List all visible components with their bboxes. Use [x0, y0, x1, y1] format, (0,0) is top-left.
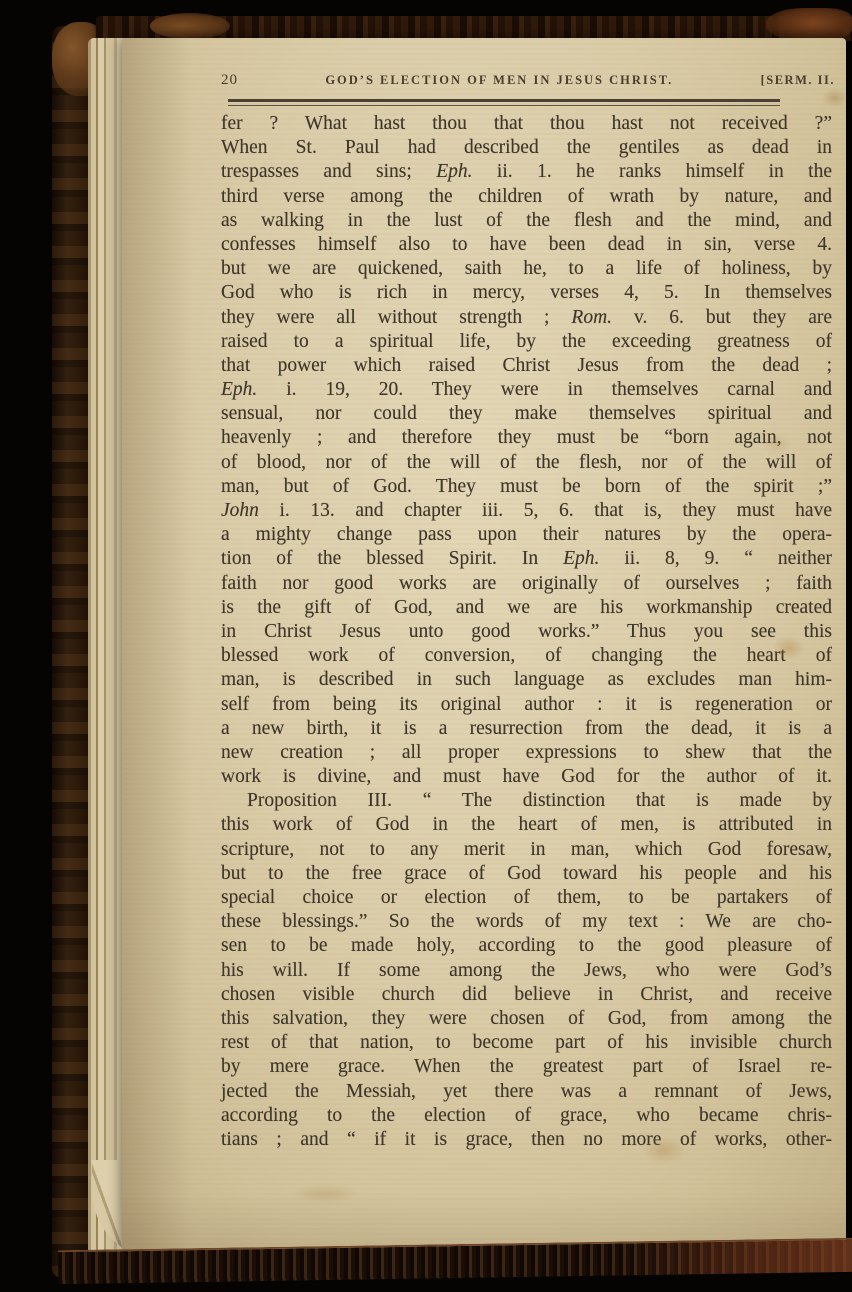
- text-line: in Christ Jesus unto good works.” Thus y…: [221, 620, 832, 644]
- text-line: self from being its original author : it…: [221, 693, 832, 717]
- scripture-reference: Eph.: [563, 548, 599, 569]
- header-rule-bottom: [228, 105, 780, 106]
- running-header: 20 GOD’S ELECTION OF MEN IN JESUS CHRIST…: [221, 72, 835, 89]
- text-line: is the gift of God, and we are his workm…: [221, 596, 832, 620]
- scripture-reference: John: [221, 500, 259, 521]
- running-title: GOD’S ELECTION OF MEN IN JESUS CHRIST.: [238, 73, 761, 88]
- text-line: blessed work of conversion, of changing …: [221, 644, 832, 668]
- text-line: rest of that nation, to become part of h…: [221, 1031, 832, 1055]
- text-line: jected the Messiah, yet there was a remn…: [221, 1080, 832, 1104]
- text-line: but we are quickened, saith he, to a lif…: [221, 257, 832, 281]
- text-line: his will. If some among the Jews, who we…: [221, 959, 832, 983]
- text-line: trespasses and sins; Eph. ii. 1. he rank…: [221, 160, 832, 184]
- book-bottom-edge-highlight: [618, 1240, 852, 1276]
- leather-tear-left: [150, 13, 230, 39]
- text-line: this salvation, they were chosen of God,…: [221, 1007, 832, 1031]
- text-line: Proposition III. “ The distinction that …: [221, 789, 832, 813]
- text-line: faith nor good works are originally of o…: [221, 572, 832, 596]
- text-line: scripture, not to any merit in man, whic…: [221, 838, 832, 862]
- scripture-reference: Rom.: [571, 307, 612, 328]
- text-line: Eph. i. 19, 20. They were in themselves …: [221, 378, 832, 402]
- text-line: they were all without strength ; Rom. v.…: [221, 306, 832, 330]
- leather-tear-right: [766, 8, 852, 42]
- page-number: 20: [221, 72, 238, 89]
- text-line: tians ; and “ if it is grace, then no mo…: [221, 1128, 832, 1152]
- text-line: according to the election of grace, who …: [221, 1104, 832, 1128]
- text-line: of blood, nor of the will of the flesh, …: [221, 451, 832, 475]
- book-page: 20 GOD’S ELECTION OF MEN IN JESUS CHRIST…: [122, 38, 846, 1252]
- foxing-stain: [290, 1184, 360, 1204]
- text-block: fer ? What hast thou that thou hast not …: [221, 112, 832, 1152]
- text-line: sen to be made holy, according to the go…: [221, 934, 832, 958]
- text-line: man, but of God. They must be born of th…: [221, 475, 832, 499]
- text-line: third verse among the children of wrath …: [221, 185, 832, 209]
- header-rule-top: [228, 99, 780, 102]
- scripture-reference: Eph.: [436, 161, 472, 182]
- text-line: that power which raised Christ Jesus fro…: [221, 354, 832, 378]
- text-line: tion of the blessed Spirit. In Eph. ii. …: [221, 547, 832, 571]
- text-line: but to the free grace of God toward his …: [221, 862, 832, 886]
- text-line: chosen visible church did believe in Chr…: [221, 983, 832, 1007]
- text-line: these blessings.” So the words of my tex…: [221, 910, 832, 934]
- text-line: a mighty change pass upon their natures …: [221, 523, 832, 547]
- text-line: work is divine, and must have God for th…: [221, 765, 832, 789]
- scripture-reference: Eph.: [221, 379, 257, 400]
- text-line: fer ? What hast thou that thou hast not …: [221, 112, 832, 136]
- text-line: sensual, nor could they make themselves …: [221, 402, 832, 426]
- text-line: John i. 13. and chapter iii. 5, 6. that …: [221, 499, 832, 523]
- book-scan: 20 GOD’S ELECTION OF MEN IN JESUS CHRIST…: [0, 0, 852, 1292]
- text-line: special choice or election of them, to b…: [221, 886, 832, 910]
- text-line: raised to a spiritual life, by the excee…: [221, 330, 832, 354]
- text-line: this work of God in the heart of men, is…: [221, 813, 832, 837]
- book-spine: [52, 26, 92, 1278]
- text-line: new creation ; all proper expressions to…: [221, 741, 832, 765]
- text-line: heavenly ; and therefore they must be “b…: [221, 426, 832, 450]
- text-line: When St. Paul had described the gentiles…: [221, 136, 832, 160]
- text-line: a new birth, it is a resurrection from t…: [221, 717, 832, 741]
- text-line: as walking in the lust of the flesh and …: [221, 209, 832, 233]
- text-line: confesses himself also to have been dead…: [221, 233, 832, 257]
- sermon-label: [SERM. II.: [761, 73, 835, 88]
- text-line: by mere grace. When the greatest part of…: [221, 1055, 832, 1079]
- foxing-stain: [822, 88, 848, 108]
- text-line: God who is rich in mercy, verses 4, 5. I…: [221, 281, 832, 305]
- text-line: man, is described in such language as ex…: [221, 668, 832, 692]
